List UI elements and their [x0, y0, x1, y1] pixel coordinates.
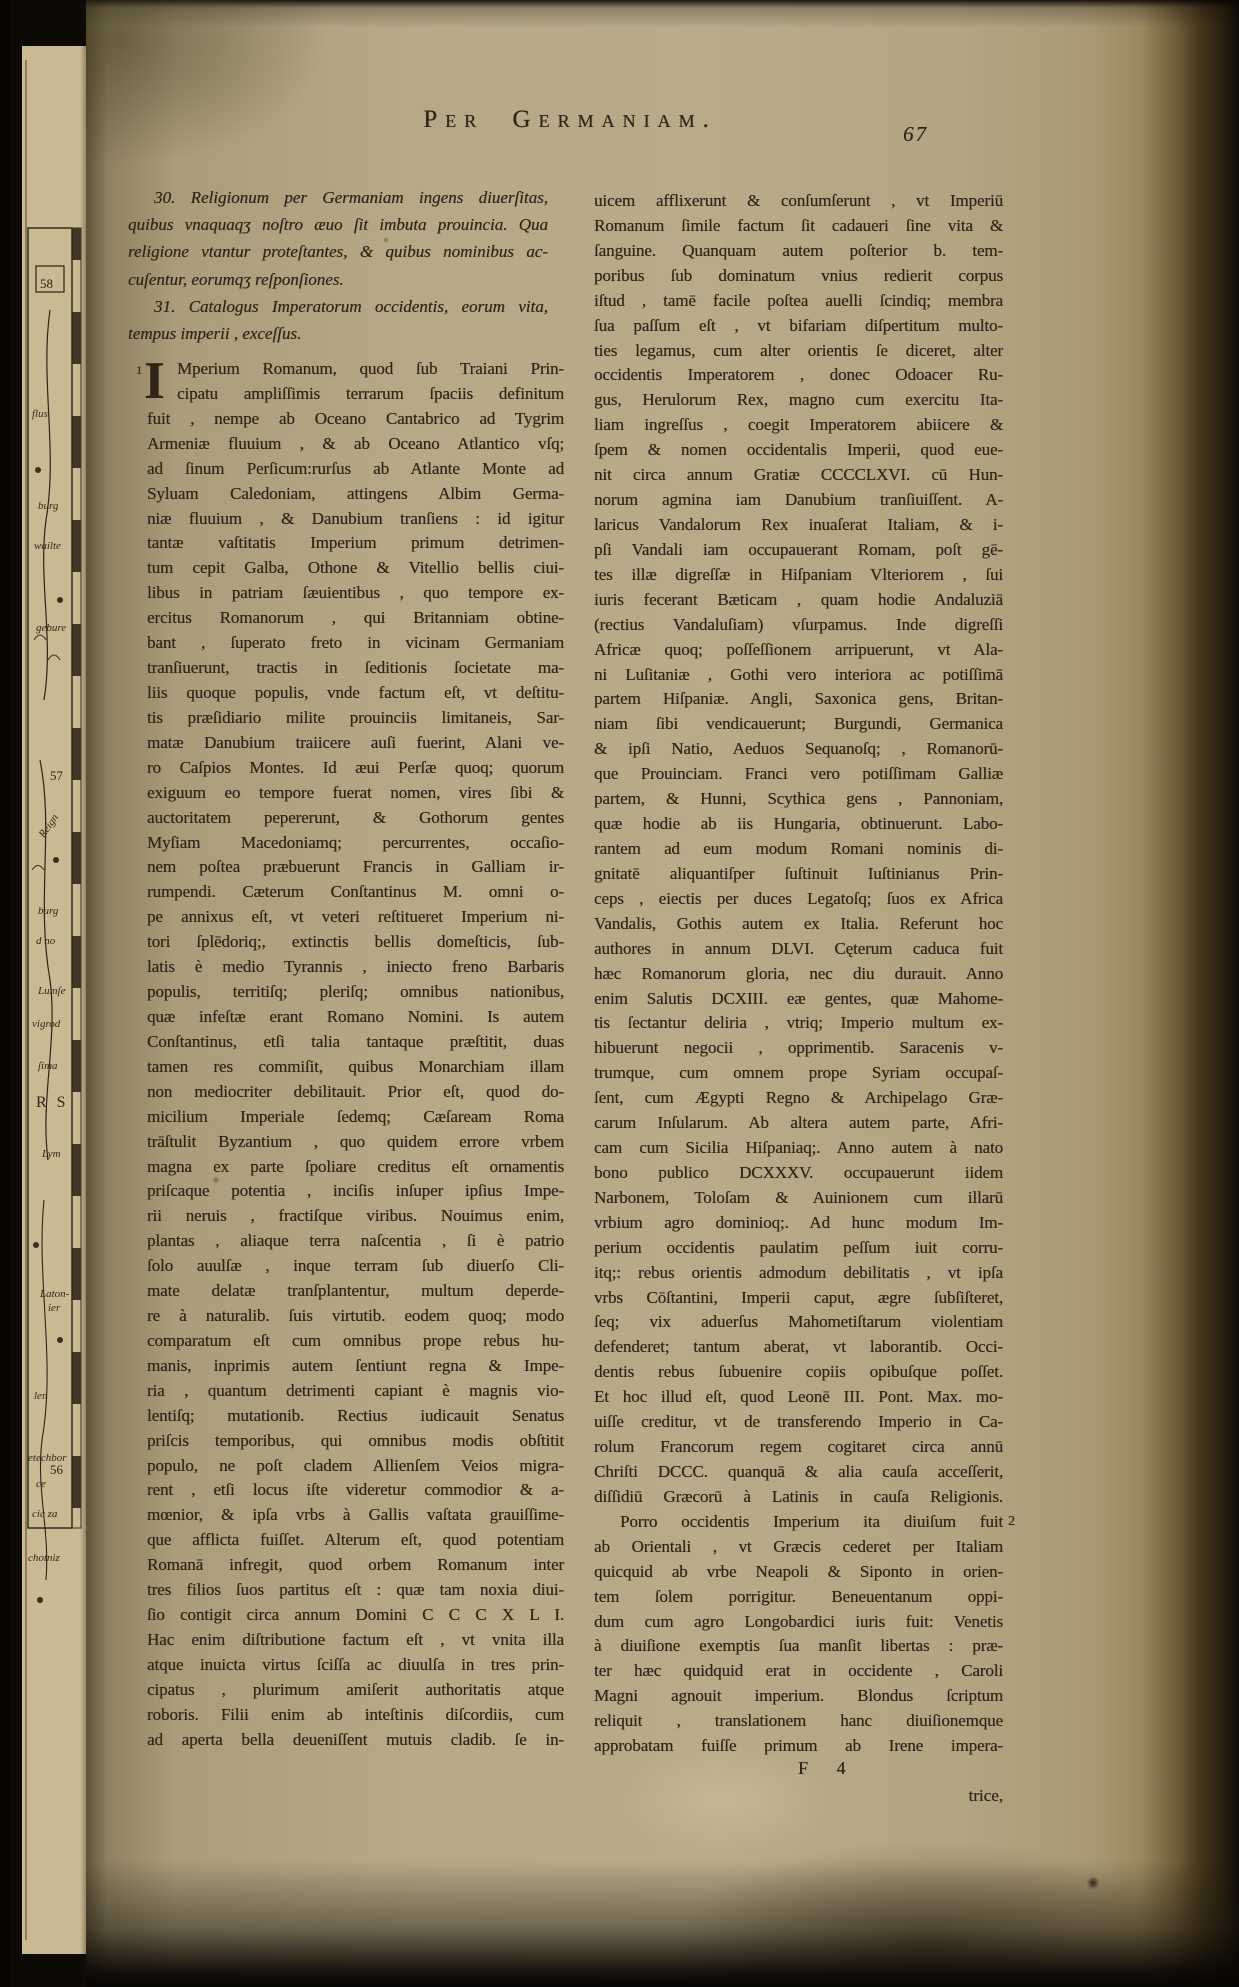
folio-number: 67	[903, 122, 928, 147]
catchword: trice,	[786, 1786, 1003, 1806]
text-line: cam cum Sicilia Hiſpaniaq;. Anno autem à…	[594, 1136, 1003, 1161]
map-place-label: d no	[36, 935, 55, 947]
margin-section-number-2: 2	[1008, 1514, 1015, 1530]
map-latitude-number: 56	[50, 1462, 63, 1478]
text-line: populis, territiſq; pleriſq; omnibus nat…	[147, 980, 564, 1005]
text-line: tes illæ digreſſæ in Hiſpaniam Vlteriore…	[594, 563, 1003, 588]
text-line: ro Caſpios Montes. Id æui Perſæ quoq; qu…	[147, 756, 564, 781]
text-line: rumpendi. Cæterum Conſtantinus M. omni o…	[147, 880, 564, 905]
text-line: tempus imperii , exceſſus.	[128, 320, 548, 347]
text-line: approbatam fuiſſe primum ab Irene impera…	[594, 1734, 1003, 1759]
text-line: dum cum agro Longobardici iuris fuit: Ve…	[594, 1610, 1003, 1635]
text-line: bant , ſuperato freto in vicinam Germani…	[147, 631, 564, 656]
text-line: & ipſi Natio, Aeduos Sequanoſq; , Romano…	[594, 737, 1003, 762]
right-text-column: uicem afflixerunt & conſumſerunt , vt Im…	[594, 189, 1003, 1759]
text-line: rent , etſi locus iſte videretur commodi…	[147, 1478, 564, 1503]
text-line: vrbs Cōſtantini, Imperii caput, ægre ſub…	[594, 1286, 1003, 1311]
text-line: plantas , aliaque terra naſcentia , ſi è…	[147, 1229, 564, 1254]
text-line: rantem ad eum modum Romani nominis di-	[594, 837, 1003, 862]
text-line: hibuerunt negocii , opprimentib. Saracen…	[594, 1036, 1003, 1061]
text-line: pe annixus eſt, vt veteri reſtitueret Im…	[147, 905, 564, 930]
text-line: populo, ne poſt cladem Allienſem Veios m…	[147, 1454, 564, 1479]
text-line: quæ infeſtæ erant Romano Nomini. Is aute…	[147, 1005, 564, 1030]
text-line: tum cepit Galba, Othone & Vitellio belli…	[147, 556, 564, 581]
page: Per Germaniam. 67 30. Religionum per Ger…	[86, 0, 1239, 1987]
text-line: partem, & Hunni, Scythica gens , Pannoni…	[594, 787, 1003, 812]
text-line: defenderet; tantum aberat, vt laborantib…	[594, 1335, 1003, 1360]
text-line: auctoritatem pepererunt, & Gothorum gent…	[147, 806, 564, 831]
text-line: ceps , eiectis per duces Legatoſq; ſuos …	[594, 887, 1003, 912]
text-line: exiguum eo tempore fuerat nomen, vires ſ…	[147, 781, 564, 806]
text-line: cuſentur, eorumqʒ reſponſiones.	[128, 266, 548, 293]
text-line: matæ Danubium traiicere auſi fuerint, Al…	[147, 731, 564, 756]
text-line: Et hoc illud eſt, quod Leonē III. Pont. …	[594, 1385, 1003, 1410]
text-line: Armeniæ fluuium , & ab Oceano Atlantico …	[147, 432, 564, 457]
map-place-label: cic za	[32, 1508, 57, 1520]
text-line: tem ſolem porrigitur. Beneuentanum oppi-	[594, 1585, 1003, 1610]
text-line: Conſtantinus, etſi talia tantaque præſti…	[147, 1030, 564, 1055]
text-line: ſpem & nomen occidentalis Imperii, quod …	[594, 438, 1003, 463]
map-place-label: Lumſe	[38, 985, 66, 997]
gathering-signature: F 4	[798, 1758, 846, 1779]
text-line: trumque, cum omnem prope Syriam occupaſ-	[594, 1061, 1003, 1086]
text-line: niæ fluuium , & Danubium tranſiens : id …	[147, 507, 564, 532]
text-line: Narbonem, Toloſam & Auinionem cum illarū	[594, 1186, 1003, 1211]
text-line: ab Orientali , vt Græcis cederet per Ita…	[594, 1535, 1003, 1560]
text-line: ſio contigit circa annum Domini C C C X …	[147, 1603, 564, 1628]
text-line: uicem afflixerunt & conſumſerunt , vt Im…	[594, 189, 1003, 214]
text-line: itq;: rebus orientis admodum debilitatis…	[594, 1261, 1003, 1286]
map-place-label: flus	[32, 408, 48, 420]
text-line: perium occidentis paulatim peſſum iuit c…	[594, 1236, 1003, 1261]
text-line: religione vtantur proteſtantes, & quibus…	[128, 238, 548, 265]
text-line: reliquit , translationem hanc diuiſionem…	[594, 1709, 1003, 1734]
map-latitude-number: 57	[50, 768, 63, 784]
text-line: ſolo auulſæ , inque terram ſub diuerſo C…	[147, 1254, 564, 1279]
map-place-label: gebure	[36, 622, 66, 634]
text-line: bono publico DCXXXV. occupauerunt iidem	[594, 1161, 1003, 1186]
left-text-column: Mperium Romanum, quod ſub Traiani Prin-c…	[147, 357, 564, 1753]
text-line: lentiſq; mutationib. Rectius iudicauit S…	[147, 1404, 564, 1429]
map-place-label: etechbor	[28, 1452, 66, 1464]
text-line: vrbium agro dominioq;. Ad hunc modum Im-	[594, 1211, 1003, 1236]
text-line: magna ex parte ſpoliare creditus eſt orn…	[147, 1155, 564, 1180]
text-line: laricus Vandalorum Rex inuaſerat Italiam…	[594, 513, 1003, 538]
text-line: à diuiſione exemptis ſua manſit libertas…	[594, 1634, 1003, 1659]
text-line: hæc Romanorum gloria, nec diu durauit. A…	[594, 962, 1003, 987]
map-place-label: vigrod	[32, 1018, 60, 1030]
text-line: niam ſibi vendicauerunt; Burgundi, Germa…	[594, 712, 1003, 737]
map-place-label: Lym	[42, 1148, 61, 1160]
text-line: Romanā infregit, quod orbem Romanum inte…	[147, 1553, 564, 1578]
text-line: mate delatæ tranſplantentur, multum depe…	[147, 1279, 564, 1304]
text-line: atque inuicta virtus ſciſſa ac diuulſa i…	[147, 1653, 564, 1678]
text-line: ſent, cum Ægypti Regno & Archipelago Græ…	[594, 1086, 1003, 1111]
text-line: ercitus Romanorum , qui Britanniam obtin…	[147, 606, 564, 631]
book-page-scan: 585756flusburgwailtegebureReignburgd noL…	[0, 0, 1239, 1987]
text-line: mœnior, & ipſa vrbs à Gallis vaſtata gra…	[147, 1503, 564, 1528]
text-line: ſeq; vix aduerſus Mahometiſtarum violent…	[594, 1310, 1003, 1335]
text-line: libus in patriam ſæuientibus , quo tempo…	[147, 581, 564, 606]
text-line: gus, Herulorum Rex, magno cum exercitu I…	[594, 388, 1003, 413]
text-line: iuris fecerant Bæticam , quam hodie Anda…	[594, 588, 1003, 613]
text-line: que afflicta fuiſſet. Alterum eſt, quod …	[147, 1528, 564, 1553]
text-line: Hac enim diſtributione factum eſt , vt v…	[147, 1628, 564, 1653]
text-line: tranſiuerunt, tractis in ſeditionis ſoci…	[147, 656, 564, 681]
text-line: gnitatē aliquantiſper ſuſtinuit Iuſtinia…	[594, 862, 1003, 887]
text-line: Mperium Romanum, quod ſub Traiani Prin-	[147, 357, 564, 382]
text-line: nem poſtea præbuerunt Francis in Galliam…	[147, 855, 564, 880]
text-line: carum Inſularum. Ab altera autem parte, …	[594, 1111, 1003, 1136]
text-line: ſua paſſum eſt , vt bifariam diſpertitum…	[594, 314, 1003, 339]
text-line: comparatum eſt cum omnibus prope rebus h…	[147, 1329, 564, 1354]
text-line: ter hæc quidquid erat in occidente , Car…	[594, 1659, 1003, 1684]
text-line: ria , quantum detrimenti capiant è magni…	[147, 1379, 564, 1404]
section-summary: 30. Religionum per Germaniam ingens diue…	[128, 184, 548, 347]
text-line: Vandalis, Gothis autem ex Italia. Referu…	[594, 912, 1003, 937]
map-place-label: Laton-	[40, 1288, 69, 1300]
map-place-label: chotniz	[28, 1552, 60, 1564]
text-line: fuit , nempe ab Oceano Cantabrico ad Tyg…	[147, 407, 564, 432]
text-line: (rectius Vandaluſiam) vſurpamus. Inde di…	[594, 613, 1003, 638]
text-line: cipatu ampliſſimis terrarum ſpaciis defi…	[147, 382, 564, 407]
text-line: 31. Catalogus Imperatorum occidentis, eo…	[128, 293, 548, 320]
text-line: quæ hodie ab iis Hungaria, obtinuerunt. …	[594, 812, 1003, 837]
text-line: Myſiam Macedoniamq; percurrentes, occaſi…	[147, 831, 564, 856]
text-line: uiſſe creditur, vt de transferendo Imper…	[594, 1410, 1003, 1435]
text-line: tres filios ſuos partitus eſt : quæ tam …	[147, 1578, 564, 1603]
text-line: rolum Francorum regem cogitaret circa an…	[594, 1435, 1003, 1460]
margin-section-number-1: 1	[136, 363, 142, 378]
text-line: priſcis temporibus, qui omnibus modis ob…	[147, 1429, 564, 1454]
text-line: liis quoque populis, vnde factum eſt, vt…	[147, 681, 564, 706]
map-place-label: R S	[36, 1094, 69, 1112]
text-line: micilium Imperiale ſedemq; Cæſaream Roma	[147, 1105, 564, 1130]
text-line: pſi Vandali iam occupauerant Romam, poſt…	[594, 538, 1003, 563]
text-line: diſſidiū Græcorū à Latinis in cauſa Reli…	[594, 1485, 1003, 1510]
text-line: ad ſinum Perſicum:rurſus ab Atlante Mont…	[147, 457, 564, 482]
text-line: dentis rebus ſubuenire copiis opibuſque …	[594, 1360, 1003, 1385]
running-header: Per Germaniam.	[320, 106, 820, 134]
map-place-label: ier	[48, 1302, 60, 1314]
text-line: cipatus , plurimum amiſerit authoritatis…	[147, 1678, 564, 1703]
text-line: 30. Religionum per Germaniam ingens diue…	[128, 184, 548, 211]
map-place-label: ſima	[38, 1060, 58, 1072]
text-line: tamen res commiſit, quibus Monarchiam il…	[147, 1055, 564, 1080]
text-line: quibus vnaquaqʒ noſtro æuo ſit imbuta pr…	[128, 211, 548, 238]
text-line: iſtud , tamē facile poſtea auelli ſcindi…	[594, 289, 1003, 314]
text-line: Magni agnouit imperium. Blondus ſcriptum	[594, 1684, 1003, 1709]
map-place-label: ce	[36, 1478, 46, 1490]
text-line: ni Luſitaniæ , Gothi vero interiora ac p…	[594, 663, 1003, 688]
text-line: partem Hiſpaniæ. Angli, Saxonica gens, B…	[594, 687, 1003, 712]
text-line: Romanum ſimile factum ſit cadaueri ſine …	[594, 214, 1003, 239]
text-line: liam ingreſſus , coegit Imperatorem abii…	[594, 413, 1003, 438]
text-line: poribus ſub dominatum vnius redierit cor…	[594, 264, 1003, 289]
text-line: tantæ vaſtitatis Imperium primum detrime…	[147, 531, 564, 556]
map-place-label: wailte	[34, 540, 61, 552]
text-line: ties legamus, cum alter orientis ſe dice…	[594, 339, 1003, 364]
text-line: authores in annum DLVI. Cęterum caduca f…	[594, 937, 1003, 962]
text-line: ſanguine. Quanquam autem poſterior b. te…	[594, 239, 1003, 264]
map-place-label: len	[34, 1390, 47, 1402]
text-line: roboris. Filii enim ab inteſtinis diſcor…	[147, 1703, 564, 1728]
text-line: Porro occidentis Imperium ita diuiſum fu…	[594, 1510, 1003, 1535]
text-line: tis ſectantur deliria , vtriq; Imperio m…	[594, 1011, 1003, 1036]
text-line: enim Salutis DCXIII. eæ gentes, quæ Maho…	[594, 987, 1003, 1012]
text-line: tori ſplēdoriq;, extinctis bellis domeſt…	[147, 930, 564, 955]
text-line: tis præſidiario milite prouinciis limita…	[147, 706, 564, 731]
text-line: trāſtulit Byzantium , quo quidem errore …	[147, 1130, 564, 1155]
map-latitude-number: 58	[40, 276, 53, 292]
text-line: ad aperta bella deueniſſent mutuis cladi…	[147, 1728, 564, 1753]
text-line: quicquid ab vrbe Neapoli & Siponto in or…	[594, 1560, 1003, 1585]
map-place-label: burg	[38, 905, 58, 917]
text-line: nit circa annum Gratiæ CCCCLXVI. cū Hun-	[594, 463, 1003, 488]
text-line: Syluam Caledoniam, attingens Albim Germa…	[147, 482, 564, 507]
text-line: non mediocriter debilitauit. Prior eſt, …	[147, 1080, 564, 1105]
folded-map-edge: 585756flusburgwailtegebureReignburgd noL…	[10, 0, 92, 1987]
text-line: Chriſti DCCC. quanquā & alia cauſa acceſ…	[594, 1460, 1003, 1485]
text-line: latis è medio Tyrannis , iniecto freno B…	[147, 955, 564, 980]
text-line: priſcaque potentia , inciſis inſuper ipſ…	[147, 1179, 564, 1204]
text-line: que Prouinciam. Franci vero potiſſimam G…	[594, 762, 1003, 787]
text-line: Africæ quoq; poſſeſſionem arripuerunt, v…	[594, 638, 1003, 663]
text-line: norum agmina iam Danubium tranſiuiſſent.…	[594, 488, 1003, 513]
text-line: occidentis Imperatorem , donec Odoacer R…	[594, 363, 1003, 388]
text-line: re à naturalib. ſuis virtutib. eodem quo…	[147, 1304, 564, 1329]
map-place-label: burg	[38, 500, 58, 512]
text-line: manis, inprimis autem ſentiunt regna & I…	[147, 1354, 564, 1379]
text-line: rii neruis , fractiſque viribus. Nouimus…	[147, 1204, 564, 1229]
